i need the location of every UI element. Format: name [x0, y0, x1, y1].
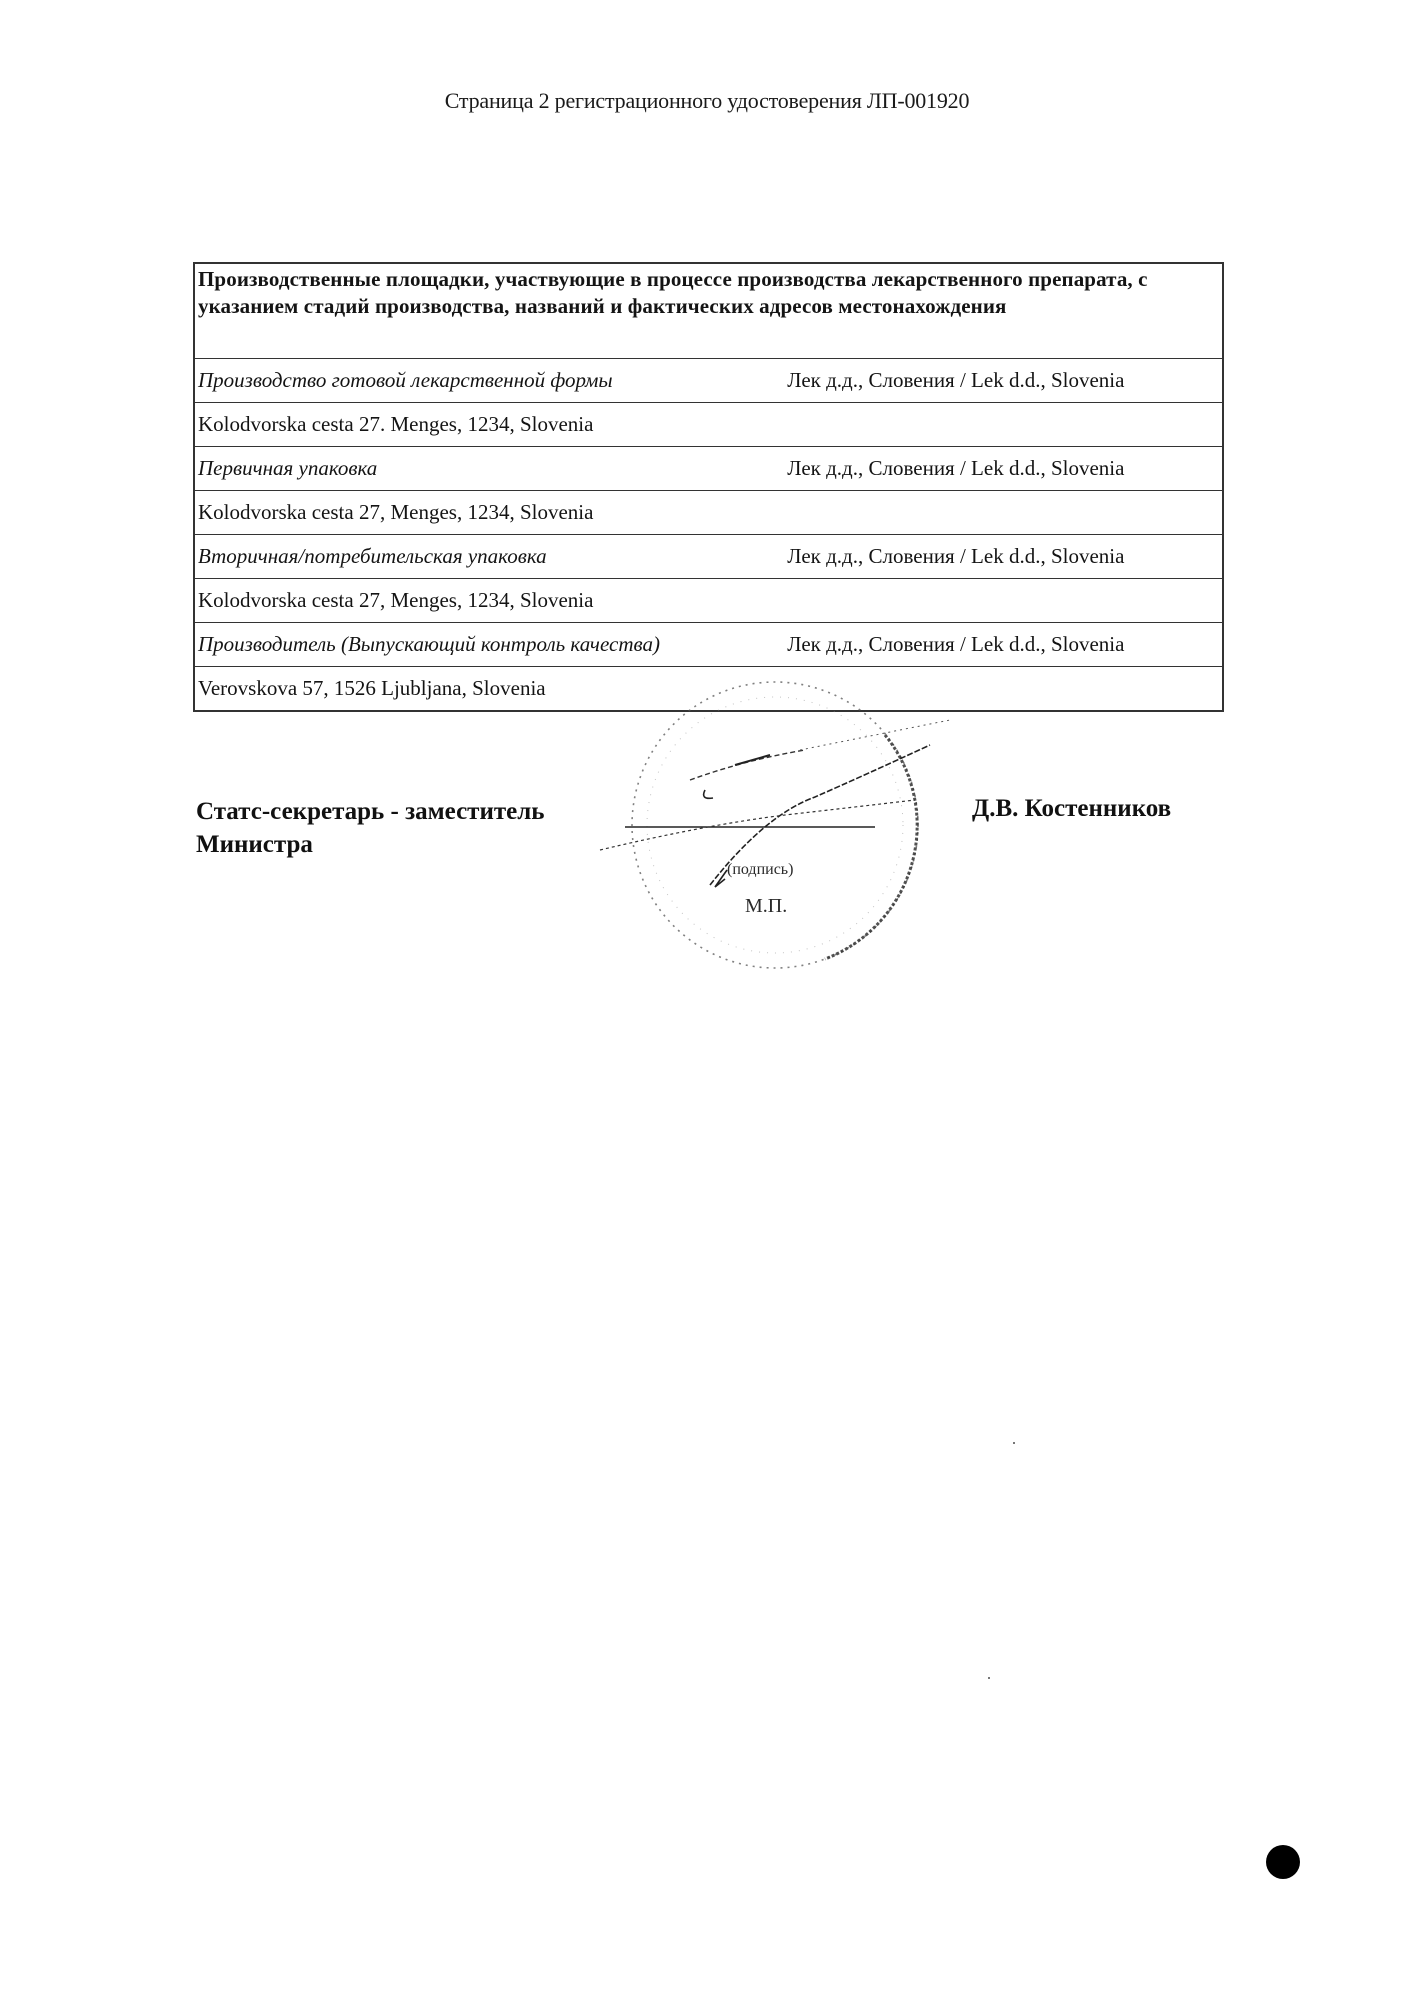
- manufacturer-name: Лек д.д., Словения / Lek d.d., Slovenia: [771, 447, 1223, 491]
- empty-cell: [771, 403, 1223, 447]
- table-row: Kolodvorska cesta 27, Menges, 1234, Slov…: [194, 579, 1223, 623]
- table-header-row: Производственные площадки, участвующие в…: [194, 263, 1223, 359]
- site-address: Kolodvorska cesta 27. Menges, 1234, Slov…: [194, 403, 771, 447]
- site-address: Kolodvorska cesta 27, Menges, 1234, Slov…: [194, 491, 771, 535]
- site-address: Kolodvorska cesta 27, Menges, 1234, Slov…: [194, 579, 771, 623]
- stage-label: Производство готовой лекарственной формы: [194, 359, 771, 403]
- manufacturer-name: Лек д.д., Словения / Lek d.d., Slovenia: [771, 359, 1223, 403]
- manufacturer-name: Лек д.д., Словения / Lek d.d., Slovenia: [771, 535, 1223, 579]
- table-row: Kolodvorska cesta 27, Menges, 1234, Slov…: [194, 491, 1223, 535]
- table-row: Kolodvorska cesta 27. Menges, 1234, Slov…: [194, 403, 1223, 447]
- stage-label: Производитель (Выпускающий контроль каче…: [194, 623, 771, 667]
- table-row: Первичная упаковка Лек д.д., Словения / …: [194, 447, 1223, 491]
- table-header: Производственные площадки, участвующие в…: [194, 263, 1223, 359]
- official-seal-stamp-icon: [575, 665, 995, 985]
- table-row: Вторичная/потребительская упаковка Лек д…: [194, 535, 1223, 579]
- signer-position: Статс-секретарь - заместитель Министра: [196, 795, 545, 861]
- empty-cell: [771, 579, 1223, 623]
- page-title: Страница 2 регистрационного удостоверени…: [0, 88, 1414, 114]
- manufacturing-sites-table: Производственные площадки, участвующие в…: [193, 262, 1224, 712]
- signature-caption: (подпись): [727, 861, 793, 879]
- scan-speck: [988, 1677, 990, 1679]
- table-row: Производство готовой лекарственной формы…: [194, 359, 1223, 403]
- scan-speck: [1013, 1442, 1015, 1444]
- signer-position-line1: Статс-секретарь - заместитель: [196, 795, 545, 828]
- empty-cell: [771, 491, 1223, 535]
- manufacturer-name: Лек д.д., Словения / Lek d.d., Slovenia: [771, 623, 1223, 667]
- signer-name: Д.В. Костенников: [972, 795, 1171, 823]
- stage-label: Вторичная/потребительская упаковка: [194, 535, 771, 579]
- filled-circle-icon: [1266, 1845, 1300, 1879]
- table-row: Производитель (Выпускающий контроль каче…: [194, 623, 1223, 667]
- seal-place-caption: М.П.: [745, 895, 787, 918]
- signer-position-line2: Министра: [196, 828, 545, 861]
- stage-label: Первичная упаковка: [194, 447, 771, 491]
